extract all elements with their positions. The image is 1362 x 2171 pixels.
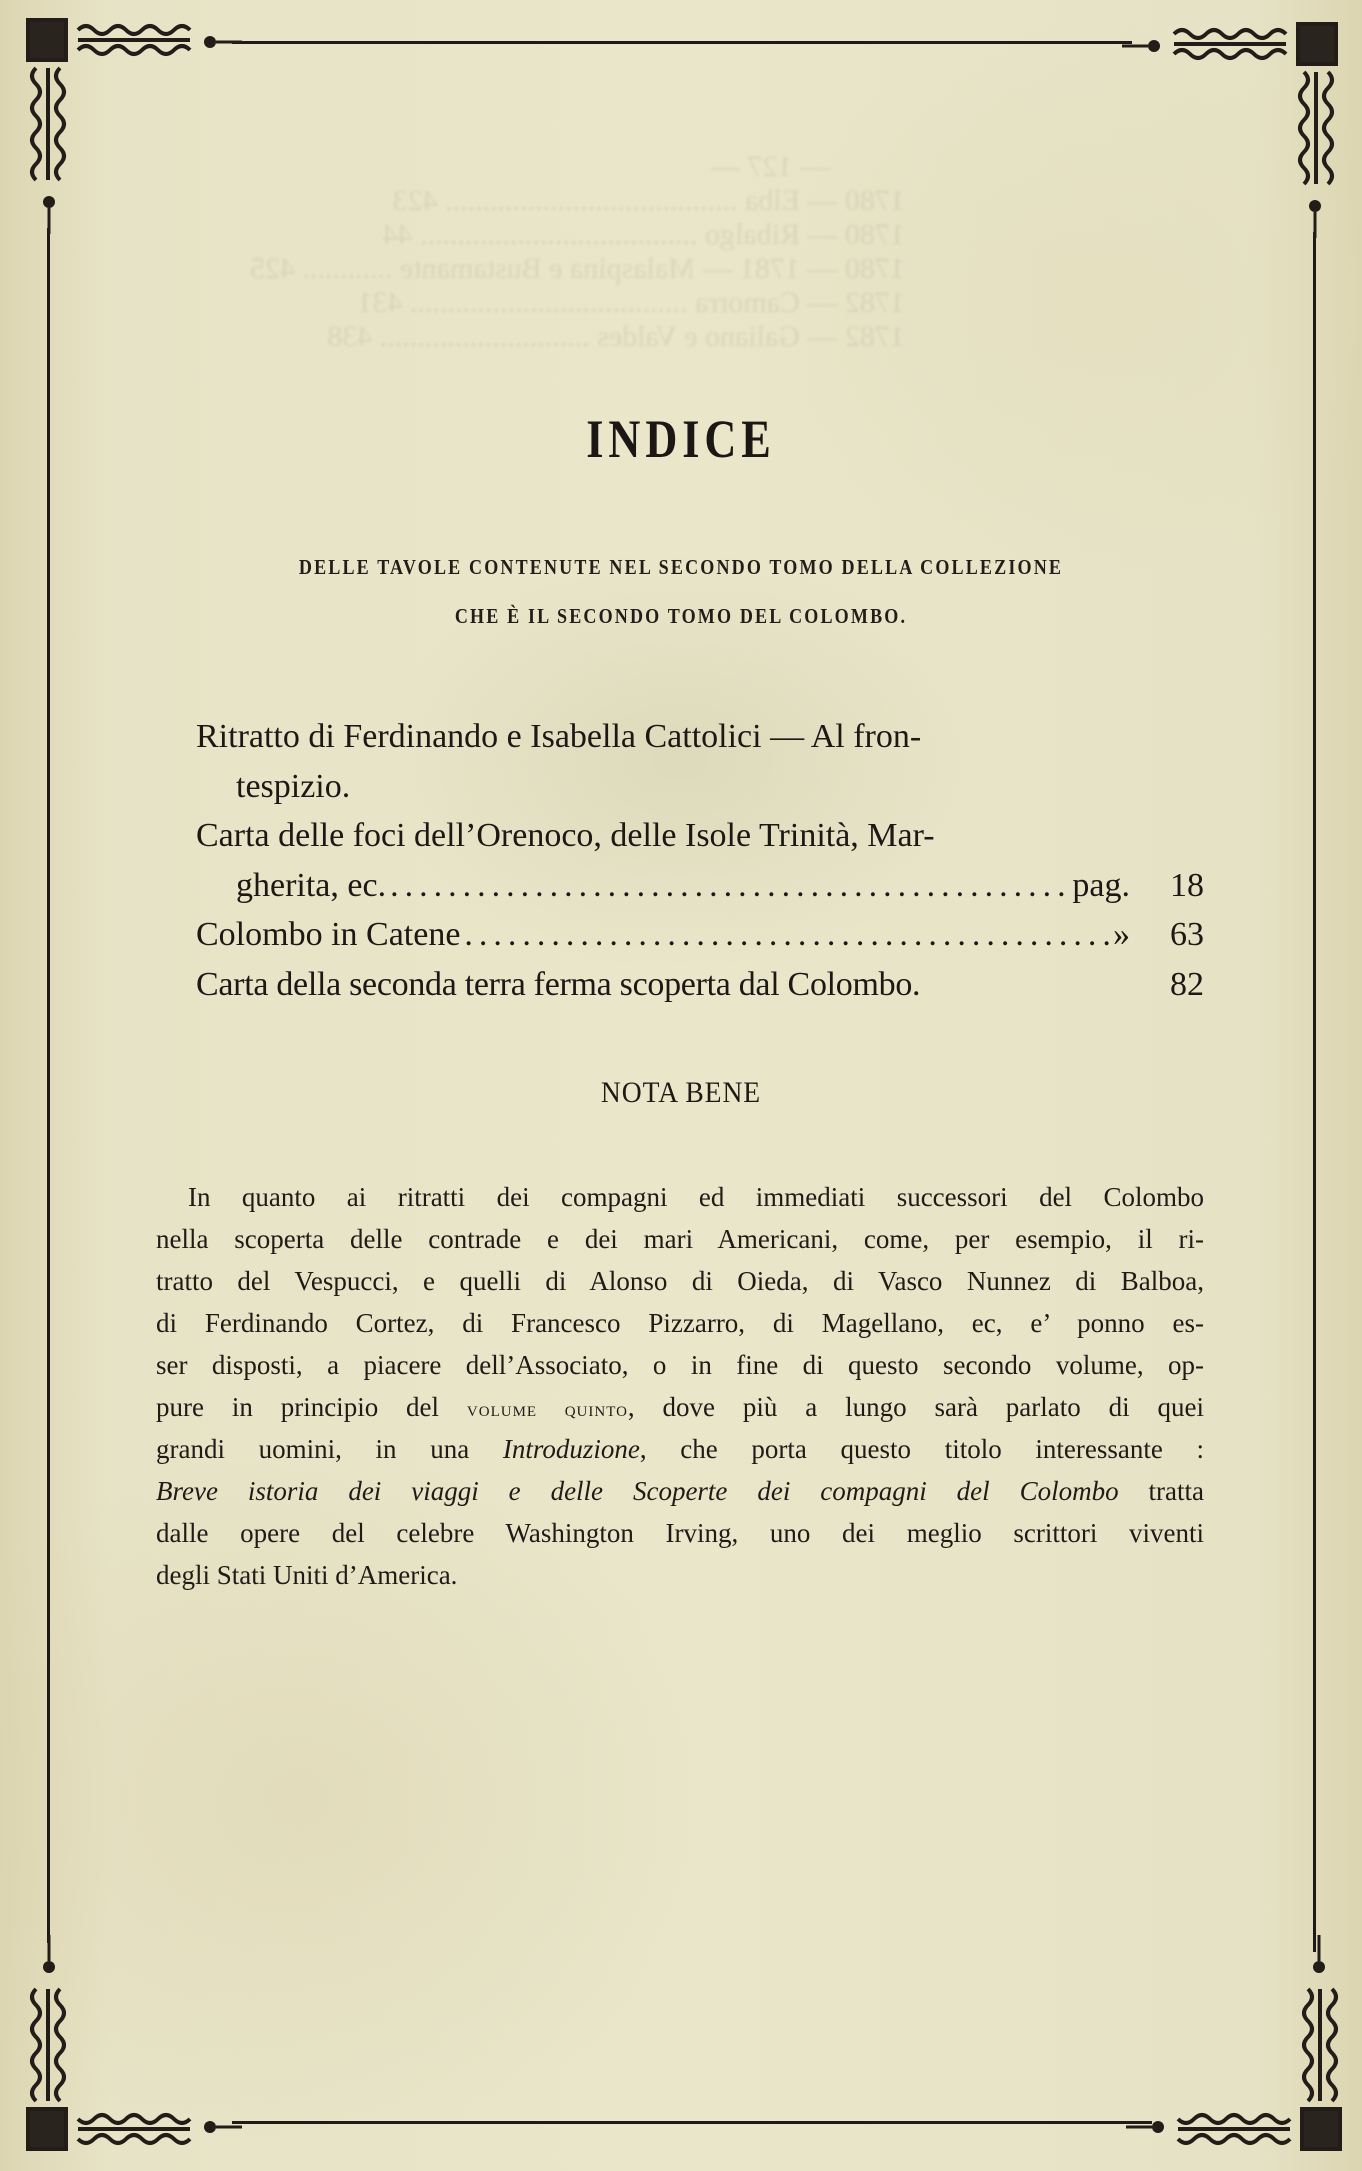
text-run: , che porta questo titolo interessante : (640, 1434, 1204, 1464)
corner-ornament-top-left-icon (22, 14, 242, 234)
toc-entry-4: Carta della seconda terra ferma scoperta… (196, 960, 1204, 1010)
small-caps-run: volume quinto (467, 1396, 628, 1421)
bleed-through-text: — 127 — 1780 — Elba ....................… (250, 150, 905, 354)
paragraph-line: ser disposti, a piacere dell’Associato, … (156, 1344, 1204, 1386)
toc-entry-text: Carta della seconda terra ferma scoperta… (196, 960, 920, 1010)
border-bottom-rule (232, 2121, 1152, 2124)
nota-bene-heading: NOTA BENE (54, 1076, 1307, 1110)
toc-entry-text: gherita, ec. (236, 861, 386, 911)
subtitle-line-1: DELLE TAVOLE CONTENUTE NEL SECONDO TOMO … (95, 555, 1266, 580)
nota-bene-paragraph: In quanto ai ritratti dei compagni ed im… (156, 1176, 1204, 1596)
page-number: 63 (1158, 910, 1204, 960)
text-run: pure in principio del (156, 1392, 467, 1422)
text-run: , dove più a lungo sarà parlato di quei (628, 1392, 1204, 1422)
paragraph-line: tratto del Vespucci, e quelli di Alonso … (156, 1260, 1204, 1302)
paragraph-line: dalle opere del celebre Washington Irvin… (156, 1512, 1204, 1554)
toc-entry-2-line-2: gherita, ec. ...........................… (196, 861, 1204, 911)
toc-entry-1-line-1: Ritratto di Ferdinando e Isabella Cattol… (196, 712, 1204, 762)
paragraph-line: grandi uomini, in una Introduzione, che … (156, 1428, 1204, 1470)
italic-run: Breve istoria dei viaggi e delle Scopert… (156, 1476, 1119, 1506)
text-run: grandi uomini, in una (156, 1434, 503, 1464)
paragraph-line: pure in principio del volume quinto, dov… (156, 1386, 1204, 1428)
page-number: 82 (1158, 960, 1204, 1010)
paragraph-line: degli Stati Uniti d’America. (156, 1554, 1204, 1596)
text-run: tratta (1119, 1476, 1204, 1506)
paragraph-line: Breve istoria dei viaggi e delle Scopert… (156, 1470, 1204, 1512)
page-title: INDICE (123, 408, 1240, 470)
toc-entry-text: Colombo in Catene (196, 910, 460, 960)
paragraph-line: di Ferdinando Cortez, di Francesco Pizza… (156, 1302, 1204, 1344)
border-left-rule (47, 228, 50, 1943)
border-top-rule (232, 41, 1132, 44)
toc-entry-text: Carta delle foci dell’Orenoco, delle Iso… (196, 811, 935, 861)
toc-entry-2-line-1: Carta delle foci dell’Orenoco, delle Iso… (196, 811, 1204, 861)
page-marker: pag. (1072, 861, 1130, 911)
page-number: 18 (1158, 861, 1204, 911)
toc-entry-3: Colombo in Catene ......................… (196, 910, 1204, 960)
italic-run: Introduzione (503, 1434, 640, 1464)
subtitle-line-2: CHE È IL SECONDO TOMO DEL COLOMBO. (95, 604, 1266, 629)
paragraph-line: nella scoperta delle contrade e dei mari… (156, 1218, 1204, 1260)
border-right-rule (1313, 232, 1316, 1952)
table-of-contents: Ritratto di Ferdinando e Isabella Cattol… (196, 712, 1204, 1009)
toc-entry-1-line-2: tespizio. (196, 762, 1204, 812)
dot-leader: ........................................… (390, 861, 1068, 911)
ditto-marker: » (1113, 910, 1130, 960)
corner-ornament-top-right-icon (1122, 18, 1342, 238)
corner-ornament-bottom-left-icon (22, 1935, 242, 2155)
paragraph-line: In quanto ai ritratti dei compagni ed im… (156, 1176, 1204, 1218)
toc-entry-text: tespizio. (236, 762, 350, 812)
toc-entry-text: Ritratto di Ferdinando e Isabella Cattol… (196, 712, 921, 762)
dot-leader: ........................................… (464, 910, 1109, 960)
corner-ornament-bottom-right-icon (1126, 1935, 1346, 2155)
